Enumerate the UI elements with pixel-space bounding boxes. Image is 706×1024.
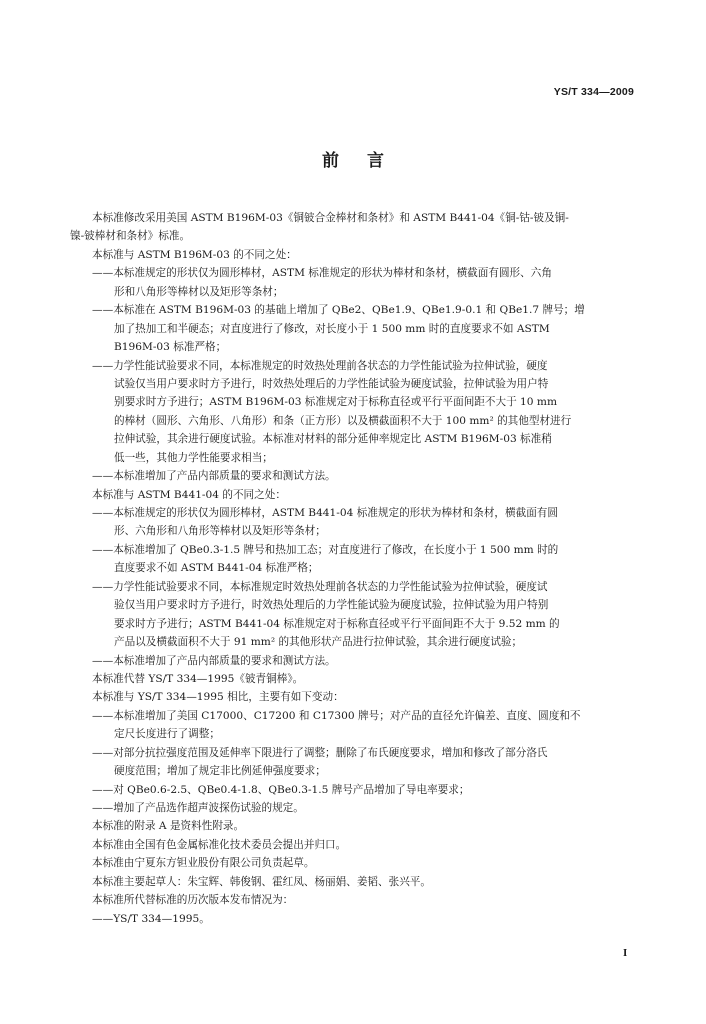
list-item-continuation: 要求时方予进行；ASTM B441-04 标准规定对于标称直径或平行平面间距不大… <box>70 615 634 633</box>
paragraph-line: 本标准所代替标准的历次版本发布情况为： <box>70 891 634 909</box>
list-item: ——对 QBe0.6-2.5、QBe0.4-1.8、QBe0.3-1.5 牌号产… <box>70 781 634 799</box>
list-item-continuation: 形、六角形和八角形等棒材以及矩形等条材； <box>70 522 634 540</box>
list-item-continuation: 验仅当用户要求时方予进行，时效热处理后的力学性能试验为硬度试验，拉伸试验为用户特… <box>70 596 634 614</box>
paragraph-line: 本标准与 ASTM B196M-03 的不同之处： <box>70 246 634 264</box>
list-item: ——本标准增加了产品内部质量的要求和测试方法。 <box>70 467 634 485</box>
paragraph-line: 本标准由全国有色金属标准化技术委员会提出并归口。 <box>70 836 634 854</box>
list-item: ——本标准在 ASTM B196M-03 的基础上增加了 QBe2、QBe1.9… <box>70 301 634 319</box>
foreword-body: 本标准修改采用美国 ASTM B196M-03《铜铍合金棒材和条材》和 ASTM… <box>70 209 634 928</box>
paragraph-line: 本标准与 YS/T 334—1995 相比，主要有如下变动： <box>70 688 634 706</box>
list-item: ——本标准增加了 QBe0.3-1.5 牌号和热加工态；对直度进行了修改，在长度… <box>70 541 634 559</box>
standard-code: YS/T 334—2009 <box>554 86 634 98</box>
list-item-continuation: 的棒材（圆形、六角形、八角形）和条（正方形）以及横截面积不大于 100 mm² … <box>70 412 634 430</box>
paragraph-line: 镍-铍棒材和条材》标准。 <box>70 227 634 245</box>
list-item-continuation: 拉伸试验，其余进行硬度试验。本标准对材料的部分延伸率规定比 ASTM B196M… <box>70 430 634 448</box>
list-item-continuation: 产品以及横截面积不大于 91 mm² 的其他形状产品进行拉伸试验，其余进行硬度试… <box>70 633 634 651</box>
list-item: ——本标准规定的形状仅为圆形棒材，ASTM 标准规定的形状为棒材和条材，横截面有… <box>70 264 634 282</box>
title-char-1: 前 <box>322 151 339 171</box>
list-item: ——YS/T 334—1995。 <box>70 910 634 928</box>
paragraph-line: 本标准修改采用美国 ASTM B196M-03《铜铍合金棒材和条材》和 ASTM… <box>70 209 634 227</box>
list-item: ——对部分抗拉强度范围及延伸率下限进行了调整；删除了布氏硬度要求，增加和修改了部… <box>70 744 634 762</box>
paragraph-line: 本标准与 ASTM B441-04 的不同之处： <box>70 486 634 504</box>
list-item: ——增加了产品选作超声波探伤试验的规定。 <box>70 799 634 817</box>
paragraph-line: 本标准主要起草人：朱宝辉、韩俊钢、霍红凤、杨丽娟、姜韬、张兴平。 <box>70 873 634 891</box>
page-number: I <box>623 947 627 959</box>
paragraph-line: 本标准代替 YS/T 334—1995《铍青铜棒》。 <box>70 670 634 688</box>
list-item-continuation: 定尺长度进行了调整； <box>70 725 634 743</box>
title-char-2: 言 <box>367 151 384 171</box>
list-item-continuation: 试验仅当用户要求时方予进行，时效热处理后的力学性能试验为硬度试验，拉伸试验为用户… <box>70 375 634 393</box>
list-item-continuation: 直度要求不如 ASTM B441-04 标准严格； <box>70 559 634 577</box>
list-item-continuation: 硬度范围；增加了规定非比例延伸强度要求； <box>70 762 634 780</box>
list-item-continuation: 形和八角形等棒材以及矩形等条材； <box>70 283 634 301</box>
list-item: ——力学性能试验要求不同，本标准规定的时效热处理前各状态的力学性能试验为拉伸试验… <box>70 357 634 375</box>
list-item-continuation: 低一些，其他力学性能要求相当； <box>70 449 634 467</box>
list-item-continuation: 加了热加工和半硬态；对直度进行了修改，对长度小于 1 500 mm 时的直度要求… <box>70 320 634 338</box>
list-item: ——本标准增加了美国 C17000、C17200 和 C17300 牌号；对产品… <box>70 707 634 725</box>
paragraph-line: 本标准由宁夏东方钽业股份有限公司负责起草。 <box>70 854 634 872</box>
paragraph-line: 本标准的附录 A 是资料性附录。 <box>70 817 634 835</box>
list-item: ——力学性能试验要求不同，本标准规定时效热处理前各状态的力学性能试验为拉伸试验，… <box>70 578 634 596</box>
list-item: ——本标准增加了产品内部质量的要求和测试方法。 <box>70 652 634 670</box>
list-item: ——本标准规定的形状仅为圆形棒材，ASTM B441-04 标准规定的形状为棒材… <box>70 504 634 522</box>
list-item-continuation: 别要求时方予进行；ASTM B196M-03 标准规定对于标称直径或平行平面间距… <box>70 393 634 411</box>
list-item-continuation: B196M-03 标准严格； <box>70 338 634 356</box>
page-title: 前言 <box>0 146 706 171</box>
